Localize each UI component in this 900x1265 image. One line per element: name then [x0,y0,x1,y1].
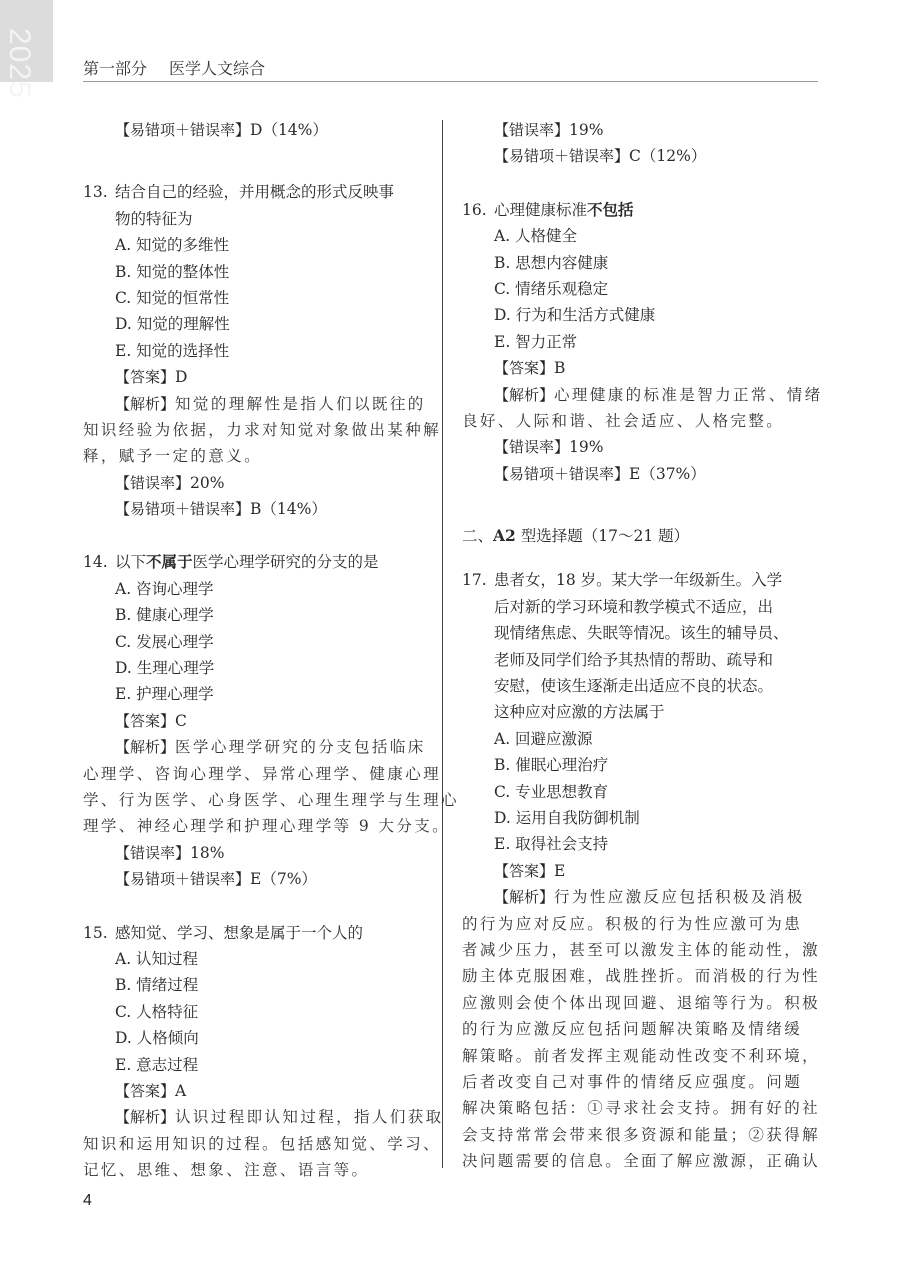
option-b: B. 知觉的整体性 [83,259,428,285]
header-section: 医学人文综合 [169,61,265,78]
error-rate-line: 【错误率】20% [83,470,428,496]
option-c: C. 专业思想教育 [462,779,819,805]
option-b: B. 思想内容健康 [462,250,819,276]
common-wrong-line: 【易错项＋错误率】E（37%） [462,461,819,487]
question-16: 16. 心理健康标准不包括 A. 人格健全 B. 思想内容健康 C. 情绪乐观稳… [462,197,819,487]
common-wrong-line: 【易错项＋错误率】B（14%） [83,496,428,522]
option-e: E. 护理心理学 [83,681,428,707]
answer-line: 【答案】E [462,858,819,884]
carryover-common-wrong: 【易错项＋错误率】C（12%） [462,143,819,169]
option-a: A. 知觉的多维性 [83,232,428,258]
question-stem: 心理健康标准不包括 [494,197,819,223]
option-d: D. 行为和生活方式健康 [462,302,819,328]
page-number: 4 [83,1192,92,1210]
option-a: A. 咨询心理学 [83,576,428,602]
option-e: E. 意志过程 [83,1052,428,1078]
option-d: D. 知觉的理解性 [83,311,428,337]
question-14: 14. 以下不属于医学心理学研究的分支的是 A. 咨询心理学 B. 健康心理学 … [83,549,428,892]
question-13: 13. 结合自己的经验，并用概念的形式反映事 物的特征为 A. 知觉的多维性 B… [83,179,428,522]
analysis-block: 【解析】知觉的理解性是指人们以既往的 知识经验为依据，力求对知觉对象做出某种解 … [83,391,428,470]
option-b: B. 情绪过程 [83,972,428,998]
emphasis-text: 不属于 [146,553,193,571]
year-side-tab: 2025 [0,0,53,82]
common-wrong-line: 【易错项＋错误率】E（7%） [83,866,428,892]
option-e: E. 知觉的选择性 [83,338,428,364]
analysis-block: 【解析】认识过程即认知过程，指人们获取 知识和运用知识的过程。包括感知觉、学习、… [83,1104,428,1183]
right-column: 【错误率】19% 【易错项＋错误率】C（12%） 16. 心理健康标准不包括 A… [462,117,819,1174]
option-b: B. 健康心理学 [83,602,428,628]
year-label: 2025 [2,28,36,99]
option-d: D. 人格倾向 [83,1025,428,1051]
option-c: C. 人格特征 [83,999,428,1025]
header-part: 第一部分 [83,61,147,78]
option-b: B. 催眠心理治疗 [462,752,819,778]
answer-line: 【答案】D [83,364,428,390]
option-c: C. 知觉的恒常性 [83,285,428,311]
question-15: 15. 感知觉、学习、想象是属于一个人的 A. 认知过程 B. 情绪过程 C. … [83,920,428,1184]
question-number: 14. [83,549,115,575]
answer-line: 【答案】C [83,708,428,734]
question-stem: 感知觉、学习、想象是属于一个人的 [115,920,428,946]
question-number: 13. [83,179,115,232]
option-c: C. 发展心理学 [83,629,428,655]
running-header: 第一部分医学人文综合 [83,56,265,79]
question-number: 17. [462,567,494,725]
answer-line: 【答案】B [462,355,819,381]
option-e: E. 智力正常 [462,329,819,355]
left-column: 【易错项＋错误率】D（14%） 13. 结合自己的经验，并用概念的形式反映事 物… [83,117,428,1183]
question-stem: 物的特征为 [115,206,428,232]
option-c: C. 情绪乐观稳定 [462,276,819,302]
option-a: A. 认知过程 [83,946,428,972]
question-stem: 患者女，18 岁。某大学一年级新生。入学 [494,567,819,593]
answer-line: 【答案】A [83,1078,428,1104]
analysis-block: 【解析】心理健康的标准是智力正常、情绪 良好、人际和谐、社会适应、人格完整。 [462,382,819,435]
header-rule [83,81,818,82]
analysis-block: 【解析】行为性应激反应包括积极及消极 的行为应对反应。积极的行为性应激可为患 者… [462,884,819,1174]
option-e: E. 取得社会支持 [462,831,819,857]
question-17: 17. 患者女，18 岁。某大学一年级新生。入学 后对新的学习环境和教学模式不适… [462,567,819,1174]
question-stem: 结合自己的经验，并用概念的形式反映事 [115,179,428,205]
option-a: A. 回避应激源 [462,726,819,752]
error-rate-line: 【错误率】18% [83,840,428,866]
option-a: A. 人格健全 [462,223,819,249]
carryover-error-rate: 【错误率】19% [462,117,819,143]
question-stem: 以下不属于医学心理学研究的分支的是 [115,549,428,575]
column-divider [442,120,443,1168]
carryover-common-wrong: 【易错项＋错误率】D（14%） [83,117,428,143]
section-heading: 二、A2 型选择题（17～21 题） [462,523,819,549]
analysis-block: 【解析】医学心理学研究的分支包括临床 心理学、咨询心理学、异常心理学、健康心理 … [83,734,428,840]
question-number: 15. [83,920,115,946]
error-rate-line: 【错误率】19% [462,434,819,460]
option-d: D. 生理心理学 [83,655,428,681]
option-d: D. 运用自我防御机制 [462,805,819,831]
emphasis-text: 不包括 [587,201,634,219]
question-number: 16. [462,197,494,223]
